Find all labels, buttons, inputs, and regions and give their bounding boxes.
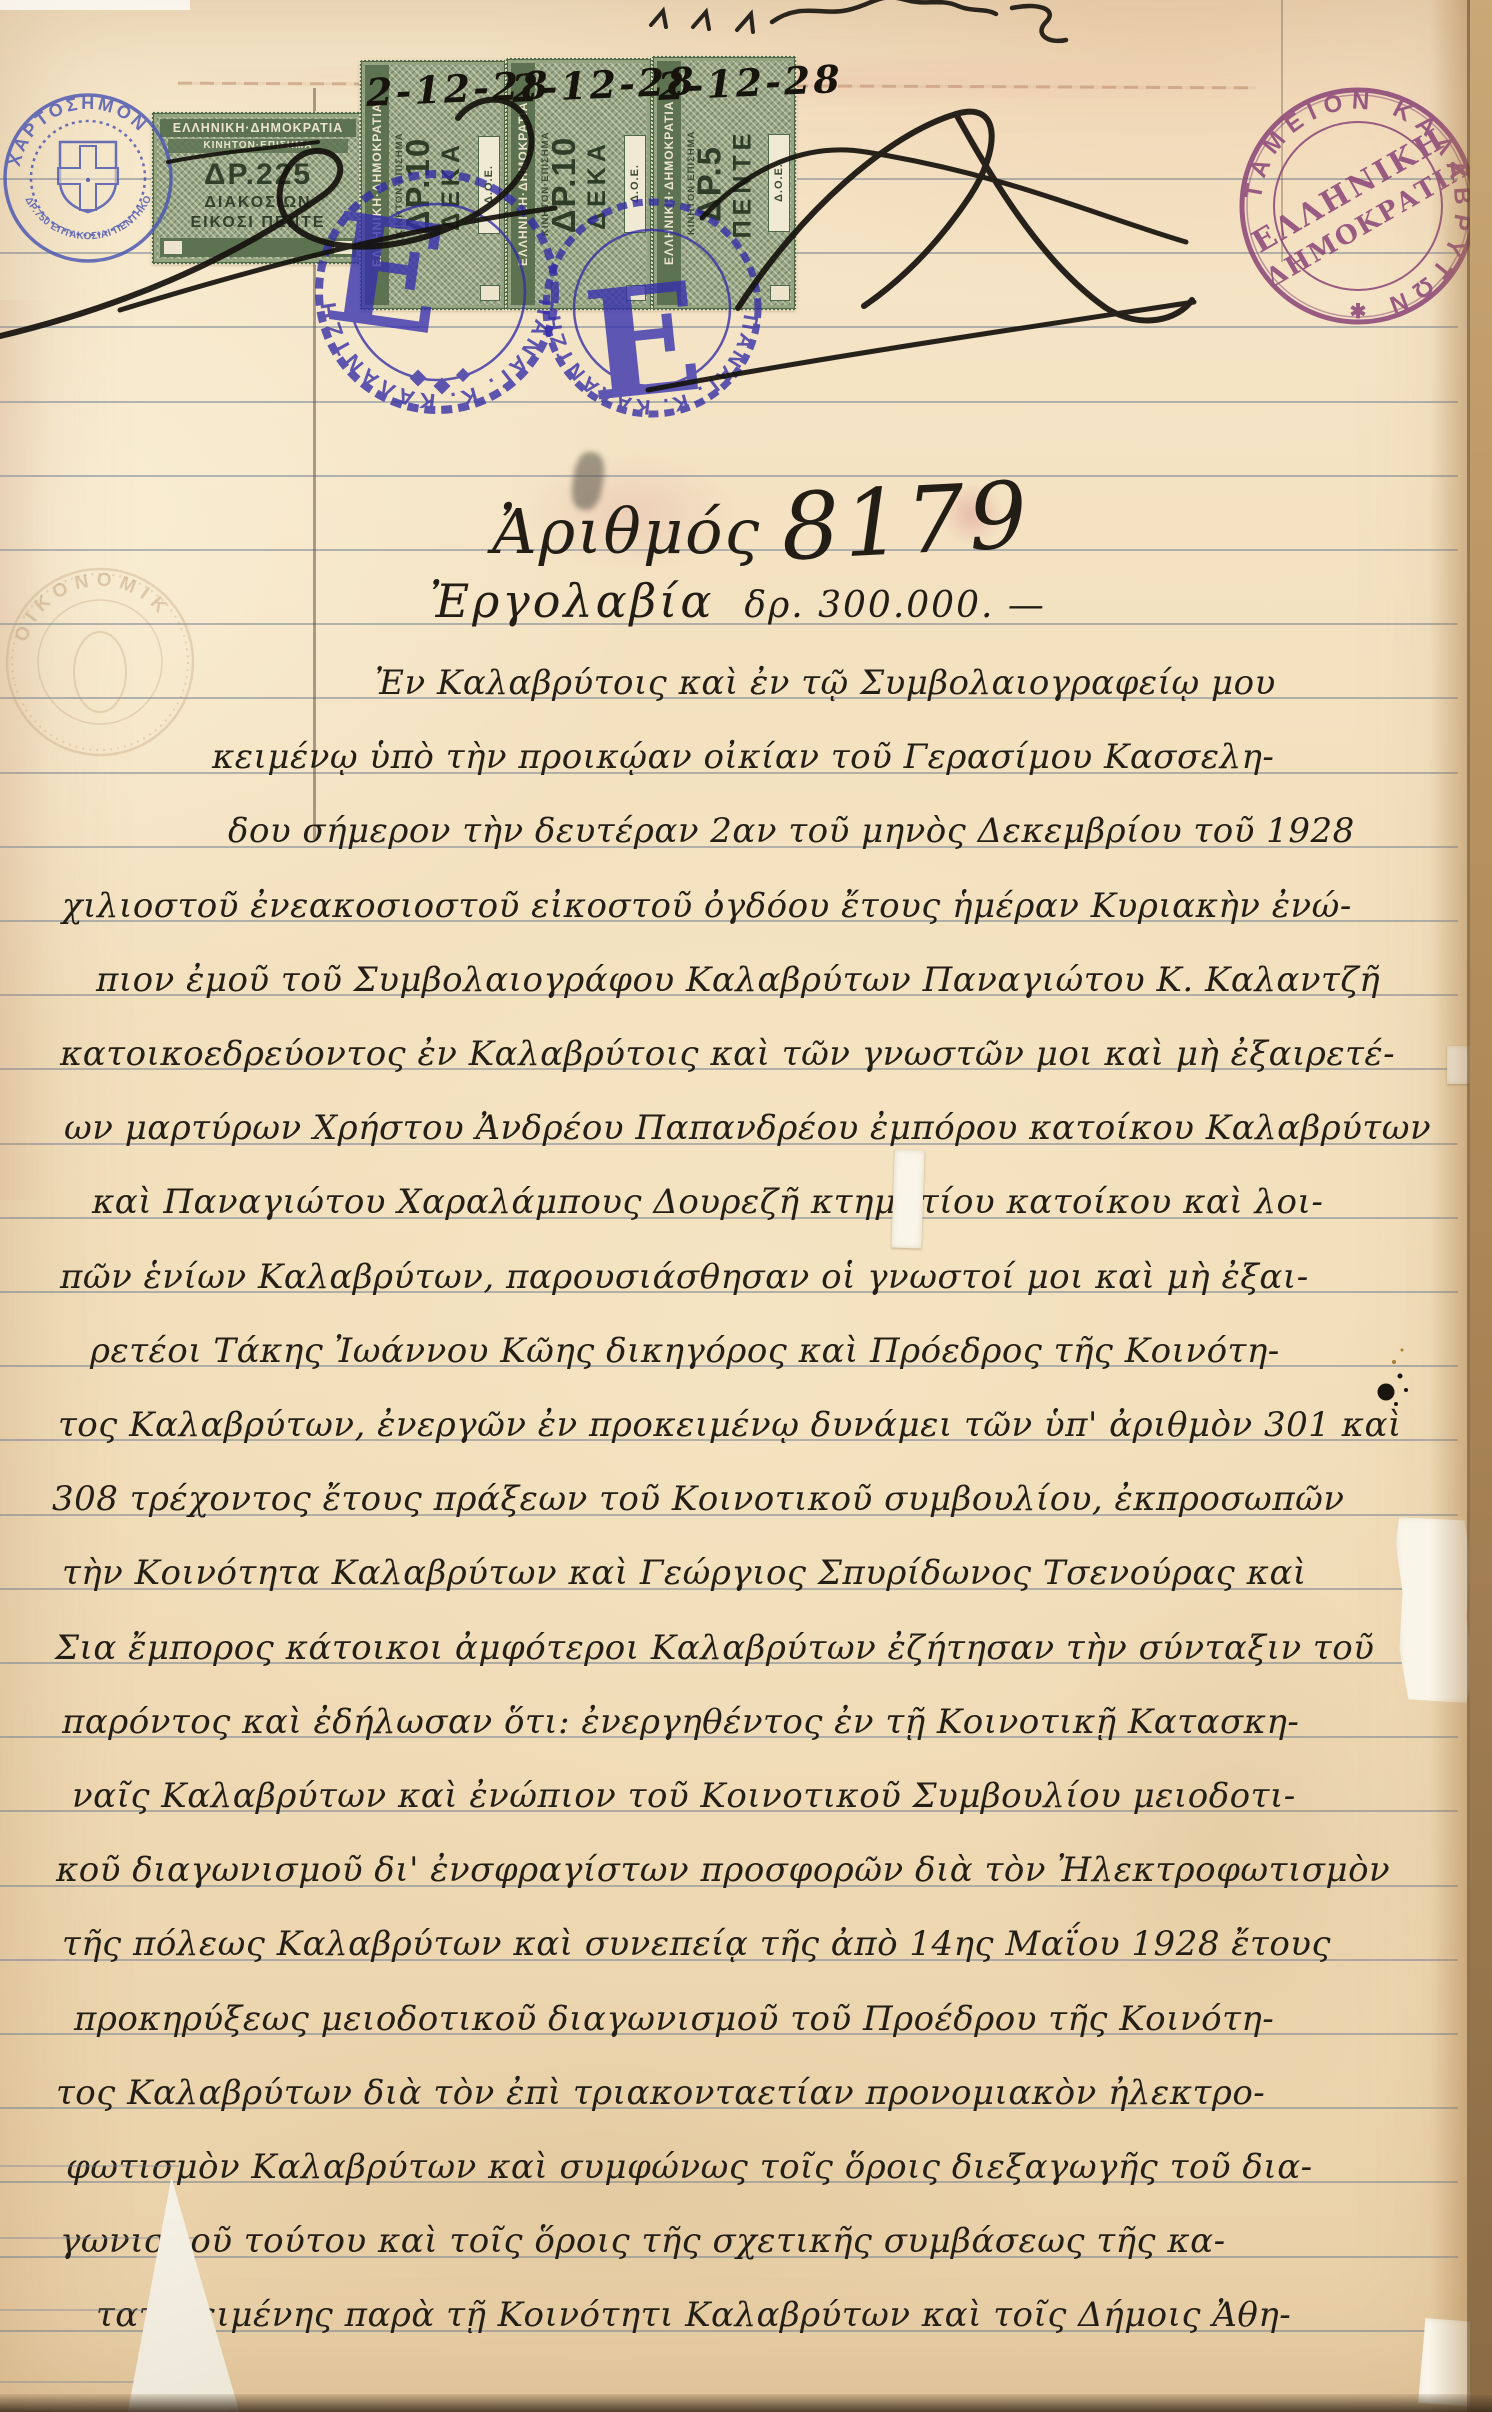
stamp-value-words: ΕΙΚΟΣΙ ΠΕΝΤΕ bbox=[154, 214, 362, 232]
torn-corner bbox=[0, 2095, 272, 2412]
page-edge-bottom bbox=[0, 2394, 1492, 2412]
stamp-agency-label: Δ.Ο.Ε. bbox=[479, 137, 499, 233]
stamp-agency-label: Δ.Ο.Ε. bbox=[625, 136, 645, 232]
page-edge-shadow bbox=[1430, 0, 1472, 2412]
handwritten-line: δου σήμερον τὴν δευτέραν 2αν τοῦ μηνὸς Δ… bbox=[228, 802, 1355, 860]
document-number: 8179 bbox=[779, 462, 1034, 582]
ruled-line bbox=[0, 326, 1458, 328]
handwritten-line: προκηρύξεως μειοδοτικοῦ διαγωνισμοῦ τοῦ … bbox=[74, 1990, 1274, 2048]
document-number-label: Ἀριθμός bbox=[492, 495, 761, 568]
handwritten-line: πιον ἐμοῦ τοῦ Συμβολαιογράφου Καλαβρύτων… bbox=[96, 951, 1380, 1009]
page-edge-line bbox=[1467, 0, 1470, 2412]
stamp-value: ΔΡ.10 ΔΕΚΑ bbox=[546, 135, 613, 232]
stamp-value: ΔΡ.5 ΠΕΝΤΕ bbox=[691, 128, 758, 238]
document-subtitle-row: Ἐργολαβία δρ. 300.000. — bbox=[430, 574, 1046, 628]
under-page bbox=[0, 2095, 272, 2412]
handwritten-line: Σια ἔμπορος κάτοικοι ἀμφότεροι Καλαβρύτω… bbox=[55, 1619, 1374, 1677]
stamp-duty-seal-ring-text: ΧΑΡΤΟΣΗΜΟΝ bbox=[4, 93, 152, 168]
stain bbox=[0, 300, 50, 1200]
subtitle-amount: δρ. 300.000. — bbox=[744, 585, 1045, 626]
revenue-stamp-225: ΕΛΛΗΝΙΚΗ·ΔΗΜΟΚΡΑΤΙΑ ΚΙΝΗΤΟΝ·ΕΠΙΣΗΜΑ ΔΡ.2… bbox=[152, 112, 364, 264]
handwritten-line: τος Καλαβρύτων, ἐνεργῶν ἐν προκειμένῳ δυ… bbox=[58, 1396, 1402, 1454]
stamp-duty-seal: ΧΑΡΤΟΣΗΜΟΝ ΔΡ.750 ΕΠΤΑΚΟΣΙΑΙ ΠΕΝΤΗΚΟΝΤΑ bbox=[0, 0, 171, 261]
stamp-date-overprint: 2-12-28 bbox=[657, 56, 844, 109]
handwritten-line: ων μαρτύρων Χρήστου Ἀνδρέου Παπανδρέου ἐ… bbox=[64, 1099, 1431, 1157]
stamp-corner-chip bbox=[481, 286, 499, 300]
handwritten-line: τὴν Κοινότητα Καλαβρύτων καὶ Γεώργιος Σπ… bbox=[62, 1544, 1307, 1602]
paper-crease bbox=[1281, 0, 1283, 262]
handwritten-line: χιλιοστοῦ ἐνεακοσιοστοῦ εἰκοστοῦ ὀγδόου … bbox=[62, 877, 1352, 935]
treasury-ring-star: ✱ bbox=[1350, 301, 1367, 323]
subtitle-label: Ἐργολαβία bbox=[430, 574, 714, 628]
handwritten-line: ρετέοι Τάκης Ἰωάννου Κῶης δικηγόρος καὶ … bbox=[90, 1322, 1280, 1380]
handwritten-line: 308 τρέχοντος ἔτους πράξεων τοῦ Κοινοτικ… bbox=[52, 1470, 1345, 1528]
stamp-corner-chip bbox=[771, 286, 789, 300]
svg-text:ΕΛΛΗΝΙΚΗ: ΕΛΛΗΝΙΚΗ bbox=[1246, 121, 1452, 260]
handwritten-line: Ἐν Καλαβρύτοις καὶ ἐν τῷ Συμβολαιογραφεί… bbox=[375, 654, 1276, 712]
stamp-corner-chip bbox=[627, 286, 645, 300]
handwritten-line: κοῦ διαγωνισμοῦ δι' ἐνσφραγίστων προσφορ… bbox=[56, 1841, 1390, 1899]
document-page: ΕΛΛΗΝΙΚΗ·ΔΗΜΟΚΡΑΤΙΑ ΚΙΝΗΤΟΝ·ΕΠΙΣΗΜΑ ΔΡ.2… bbox=[0, 0, 1492, 2412]
paper-patch bbox=[891, 1150, 924, 1249]
stamp-value: ΔΡ.225 bbox=[154, 158, 362, 192]
stamp-bottom-band bbox=[160, 238, 356, 257]
handwritten-line: καὶ Παναγιώτου Χαραλάμπους Δουρεζῆ κτημα… bbox=[92, 1173, 1323, 1231]
embossed-seal-text: ΟΙΚΟΝΟΜΙΚ bbox=[11, 569, 175, 644]
stamp-value: ΔΡ.10 ΔΕΚΑ bbox=[400, 136, 467, 233]
embossed-seal: ΟΙΚΟΝΟΜΙΚ bbox=[7, 569, 193, 755]
pen-check-marks bbox=[651, 11, 753, 32]
stamp-country-label: ΕΛΛΗΝΙΚΗ·ΔΗΜΟΚΡΑΤΙΑ bbox=[160, 119, 356, 137]
handwritten-line: πῶν ἑνίων Καλαβρύτων, παρουσιάσθησαν οἱ … bbox=[60, 1248, 1309, 1306]
stamp-corner-chip bbox=[334, 241, 352, 254]
pen-squiggle bbox=[772, 0, 1066, 41]
stamp-corner-chip bbox=[164, 241, 182, 254]
stamp-value-words: ΔΙΑΚΟΣΙΩΝ bbox=[154, 194, 362, 212]
page-corner-highlight bbox=[0, 0, 190, 10]
handwritten-line: ναῖς Καλαβρύτων καὶ ἐνώπιον τοῦ Κοινοτικ… bbox=[72, 1767, 1296, 1825]
stamp-duty-seal-value-text: ΔΡ.750 ΕΠΤΑΚΟΣΙΑΙ ΠΕΝΤΗΚΟΝΤΑ bbox=[0, 0, 154, 242]
page-edge-right bbox=[1470, 0, 1492, 2412]
ruled-line bbox=[0, 401, 1458, 403]
handwritten-line: τῆς πόλεως Καλαβρύτων καὶ συνεπείᾳ τῆς ἀ… bbox=[62, 1915, 1331, 1973]
handwritten-line: κατοικοεδρεύοντος ἐν Καλαβρύτοις καὶ τῶν… bbox=[60, 1025, 1395, 1083]
handwritten-line: παρόντος καὶ ἐδήλωσαν ὅτι: ἐνεργηθέντος … bbox=[62, 1693, 1299, 1751]
cross-shield-icon bbox=[58, 142, 118, 212]
handwritten-line: τατεθειμένης παρὰ τῇ Κοινότητι Καλαβρύτω… bbox=[96, 2286, 1291, 2344]
handwritten-line: κειμένῳ ὑπὸ τὴν προικῴαν οἰκίαν τοῦ Γερα… bbox=[212, 728, 1274, 786]
stamp-series-label: ΚΙΝΗΤΟΝ·ΕΠΙΣΗΜΑ bbox=[168, 139, 348, 153]
stamp-agency-label: Δ.Ο.Ε. bbox=[769, 135, 789, 231]
